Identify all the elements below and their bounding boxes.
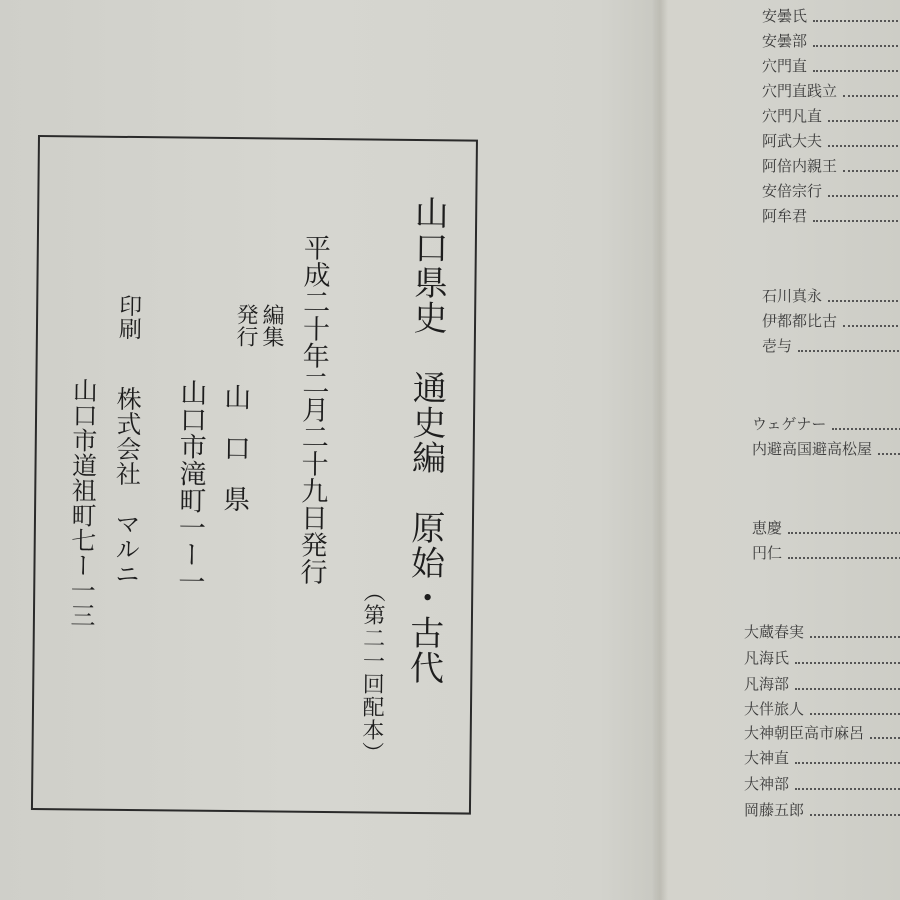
publisher-address: 山口市滝町一ー一 [175, 378, 204, 594]
index-entry: 安曇氏 [762, 4, 900, 26]
index-entry-name: 石川真永 [762, 285, 822, 306]
index-entry-name: 穴門凡直 [762, 105, 822, 126]
index-entry-name: 大蔵春実 [744, 621, 804, 642]
index-entry: 阿牟君 [762, 204, 900, 226]
index-entry-name: 阿武大夫 [762, 130, 822, 151]
dot-leader [810, 813, 900, 816]
index-entry: 岡藤五郎 [744, 798, 900, 820]
index-entry-name: 凡海部 [744, 673, 789, 694]
index-entry-name: 阿牟君 [762, 205, 807, 226]
index-entry: 安倍宗行 [762, 179, 900, 201]
dot-leader [870, 736, 900, 739]
index-entry: 安曇部 [762, 29, 900, 51]
index-entry-name: 恵慶 [752, 517, 782, 538]
dot-leader [813, 69, 900, 72]
index-entry-name: 安曇部 [762, 30, 807, 51]
dot-leader [828, 299, 900, 302]
index-entry: 凡海部 [744, 672, 900, 694]
index-entry: 阿武大夫 [762, 129, 900, 151]
dot-leader [813, 44, 900, 47]
dot-leader [843, 324, 900, 327]
dot-leader [795, 687, 900, 690]
index-entry: 凡海氏 [744, 646, 900, 668]
index-entry-name: 凡海氏 [744, 647, 789, 668]
index-entry-name: 穴門直践立 [762, 80, 837, 101]
index-entry-name: 安曇氏 [762, 5, 807, 26]
dot-leader [813, 219, 900, 222]
index-entry: 石川真永 [762, 284, 900, 306]
index-entry-name: 阿倍内親王 [762, 155, 837, 176]
right-page-index: 安曇氏安曇部穴門直穴門直践立穴門凡直阿武大夫阿倍内親王安倍宗行阿牟君石川真永伊都… [662, 0, 900, 900]
index-entry-name: 穴門直 [762, 55, 807, 76]
dot-leader [828, 144, 900, 147]
dot-leader [798, 349, 900, 352]
issuer-label: 発行 [234, 303, 256, 347]
index-entry: 穴門直 [762, 54, 900, 76]
index-entry: 穴門凡直 [762, 104, 900, 126]
publication-date: 平成二十年二月二十九日発行 [297, 234, 328, 585]
dot-leader [788, 556, 900, 559]
editor-label: 編集 [260, 303, 282, 347]
dot-leader [828, 119, 900, 122]
index-entry-name: 岡藤五郎 [744, 799, 804, 820]
printer-address: 山口市道祖町七ー一三 [69, 377, 97, 627]
dot-leader [810, 635, 900, 638]
dot-leader [828, 194, 900, 197]
index-entry-name: 内避高国避高松屋 [752, 438, 872, 459]
index-entry: 大蔵春実 [744, 620, 900, 642]
index-entry-name: 大神部 [744, 773, 789, 794]
left-page-colophon: 山口県史 通史編 原始・古代 （第二一回配本） 平成二十年二月二十九日発行 編集… [0, 0, 660, 900]
index-entry: 壱与 [762, 334, 900, 356]
colophon-frame: 山口県史 通史編 原始・古代 （第二一回配本） 平成二十年二月二十九日発行 編集… [31, 135, 478, 815]
index-entry: 穴門直践立 [762, 79, 900, 101]
dot-leader [810, 712, 900, 715]
dot-leader [795, 761, 900, 764]
dot-leader [878, 452, 900, 455]
index-entry: ウェゲナー [752, 412, 900, 434]
dot-leader [795, 787, 900, 790]
printer-name: 株式会社 マルニ [113, 386, 140, 586]
dot-leader [832, 427, 900, 430]
index-entry-name: 大伴旅人 [744, 698, 804, 719]
index-entry: 大神直 [744, 746, 900, 768]
index-entry: 大伴旅人 [744, 697, 900, 719]
dot-leader [843, 169, 900, 172]
index-entry: 伊都都比古 [762, 309, 900, 331]
index-entry-name: 大神直 [744, 747, 789, 768]
index-entry: 大神部 [744, 772, 900, 794]
index-entry: 円仁 [752, 541, 900, 563]
index-entry-name: 安倍宗行 [762, 180, 822, 201]
index-entry-name: 伊都都比古 [762, 310, 837, 331]
index-entry-name: 円仁 [752, 542, 782, 563]
book-title: 山口県史 通史編 原始・古代 [406, 195, 445, 685]
index-entry-name: ウェゲナー [752, 413, 826, 434]
dot-leader [843, 94, 900, 97]
index-entry: 恵慶 [752, 516, 900, 538]
index-entry-name: 大神朝臣高市麻呂 [744, 722, 864, 743]
dot-leader [813, 19, 900, 22]
index-entry: 大神朝臣高市麻呂 [744, 721, 900, 743]
edition-number: （第二一回配本） [359, 580, 383, 764]
index-entry-name: 壱与 [762, 335, 792, 356]
printer-label: 印刷 [116, 294, 139, 340]
publisher-name: 山口県 [220, 383, 249, 536]
index-entry: 阿倍内親王 [762, 154, 900, 176]
index-entry: 内避高国避高松屋 [752, 437, 900, 459]
dot-leader [788, 531, 900, 534]
dot-leader [795, 661, 900, 664]
